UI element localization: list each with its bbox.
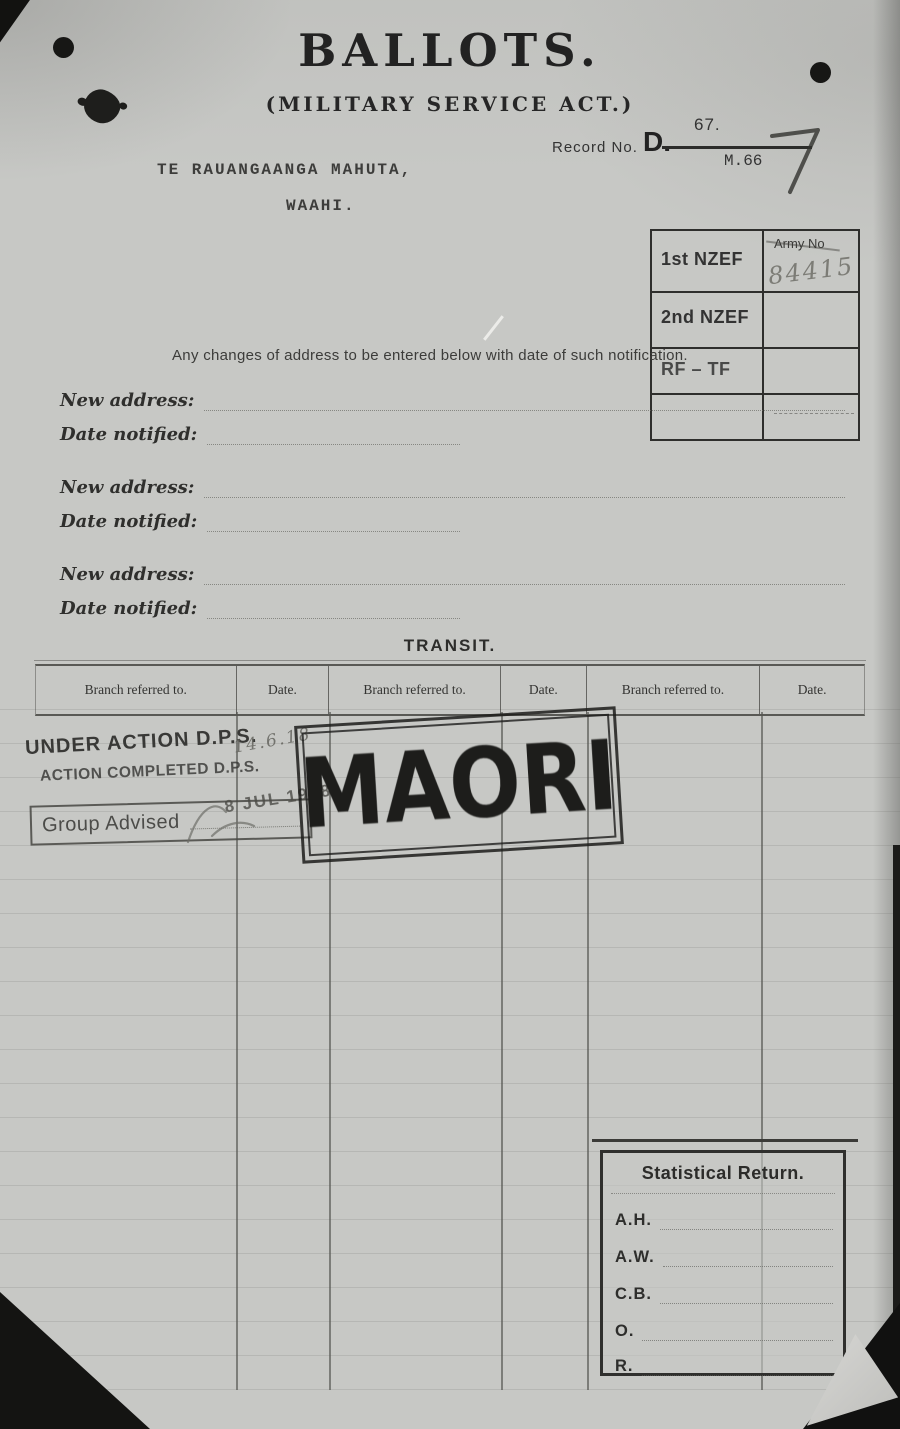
nzef-row: 2nd NZEF [652,291,858,349]
date-notified-label: Date notified: [60,598,197,619]
punch-hole-right [810,62,831,83]
record-no-numerator: 67. [694,115,721,135]
page-edge-shadow [893,845,900,1317]
date-notified-field: Date notified: [60,598,460,619]
record-no-denominator: M.66 [724,152,762,170]
maori-stamp-text: MAORI [297,727,620,842]
date-notified-line [207,512,460,532]
handwriting-squiggle [182,792,262,852]
new-address-label: New address: [60,390,194,411]
stat-row-line [642,1324,833,1341]
registrant-address: WAAHI. [286,197,356,215]
stat-row-line [642,1359,834,1376]
maori-stamp: MAORI [294,706,624,863]
date-notified-line [207,425,460,445]
record-no-label: Record No. [552,139,638,156]
stat-row: C.B. [615,1285,833,1304]
statistical-return-box: Statistical Return. A.H. A.W. C.B. O. R. [600,1150,846,1376]
stat-row-line [663,1250,833,1267]
punch-hole-left [53,37,74,58]
address-change-note: Any changes of address to be entered bel… [172,347,688,364]
record-no-prefix: D. [643,126,671,158]
nzef-row: 1st NZEF Army No 84415 [652,231,858,293]
stat-row: A.H. [615,1211,833,1230]
registrant-name: TE RAUANGAANGA MAHUTA, [157,161,412,179]
stat-row-label: R. [615,1357,634,1376]
white-scratch [483,315,504,340]
stat-row-label: A.W. [615,1248,655,1267]
new-address-line [204,478,845,498]
new-address-line [204,391,845,411]
column-header: Date. [237,666,330,714]
statistical-return-heading: Statistical Return. [603,1163,843,1184]
stat-row: O. [615,1322,833,1341]
stat-row-label: O. [615,1322,634,1341]
maori-stamp-inner-border: MAORI [302,714,617,857]
service-row-label: 1st NZEF [661,249,743,270]
new-address-field: New address: [60,390,845,411]
transit-table-header: Branch referred to. Date. Branch referre… [35,664,865,716]
stat-row: A.W. [615,1248,833,1267]
page-title: BALLOTS. [0,24,900,77]
stat-row: R. [615,1357,833,1376]
column-header: Branch referred to. [329,666,501,714]
stat-row-line [660,1287,833,1304]
page-subtitle: (MILITARY SERVICE ACT.) [0,92,900,116]
new-address-label: New address: [60,564,194,585]
document-page: BALLOTS. (MILITARY SERVICE ACT.) Record … [0,0,900,1429]
group-advised-label: Group Advised [42,810,180,837]
stat-row-label: A.H. [615,1211,652,1230]
date-notified-label: Date notified: [60,511,197,532]
new-address-label: New address: [60,477,194,498]
stat-row-line [660,1213,833,1230]
service-row-label: 2nd NZEF [661,307,749,328]
date-notified-label: Date notified: [60,424,197,445]
stat-row-label: C.B. [615,1285,652,1304]
new-address-line [204,565,845,585]
date-notified-field: Date notified: [60,511,460,532]
faint-dash-line [774,413,854,414]
statistical-return-top-line [592,1139,858,1142]
column-header: Date. [760,666,864,714]
new-address-field: New address: [60,564,845,585]
new-address-field: New address: [60,477,845,498]
column-header: Date. [501,666,587,714]
date-notified-field: Date notified: [60,424,460,445]
column-header: Branch referred to. [36,666,237,714]
transit-heading: TRANSIT. [0,636,900,656]
date-notified-line [207,599,460,619]
handwritten-check-mark [762,120,826,196]
heading-underline [611,1193,835,1194]
army-no-value: 84415 [767,252,856,290]
